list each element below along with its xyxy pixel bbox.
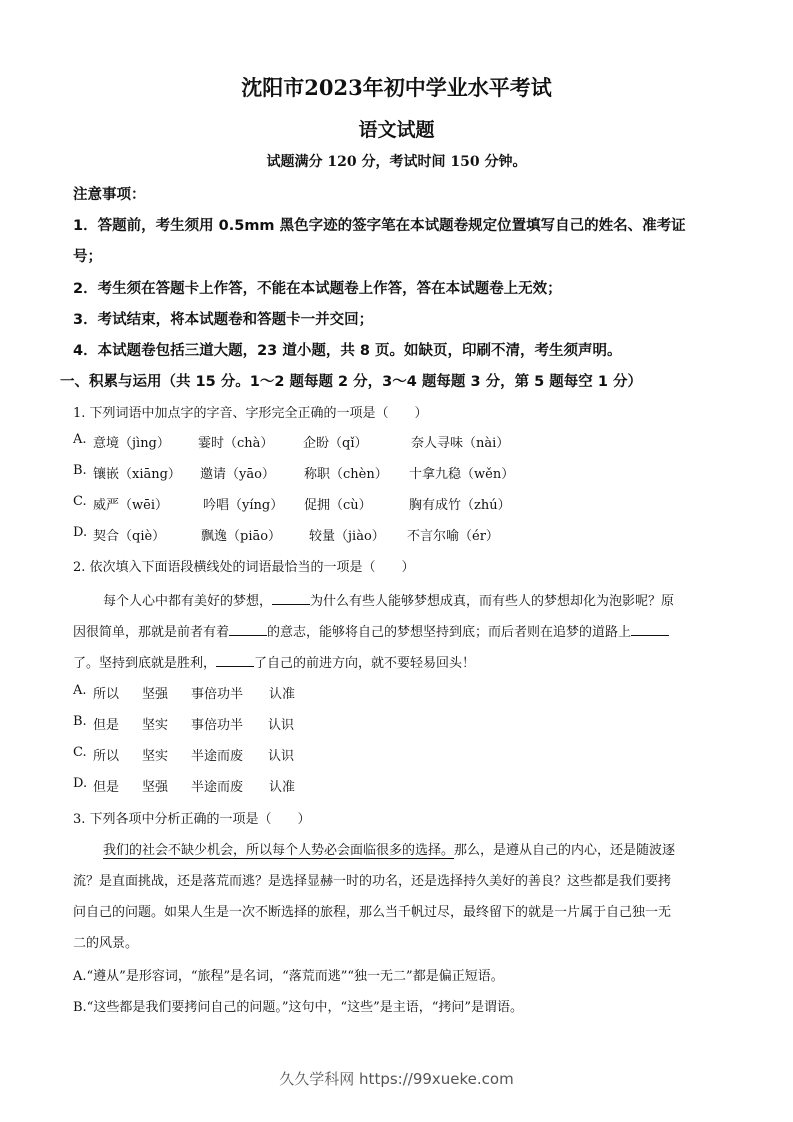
question-stem: 1. 下列词语中加点字的字音、字形完全正确的一项是（ ）	[73, 402, 428, 421]
passage-line: 因很简单，那就是前者有着的意志，能够将自己的梦想坚持到底；而后者则在追梦的道路上	[73, 621, 669, 640]
exam-subject: 语文试题	[0, 115, 793, 142]
notice-item: 3．考试结束，将本试题卷和答题卡一并交回；	[73, 308, 373, 329]
passage-line: 了。坚持到底就是胜利，了自己的前进方向，就不要轻易回头！	[73, 652, 475, 671]
section-heading: 一、积累与运用（共 15 分。1～2 题每题 2 分，3～4 题每题 3 分，第…	[60, 370, 642, 391]
passage-line: 流？是直面挑战，还是落荒而逃？是选择显赫一时的功名，还是选择持久美好的善良？这些…	[73, 870, 671, 889]
notice-item: 号；	[73, 245, 102, 266]
question-stem: 2. 依次填入下面语段横线处的词语最恰当的一项是（ ）	[73, 556, 415, 575]
passage-line: 二的风景。	[73, 932, 138, 951]
blank-3	[631, 623, 669, 636]
passage-line: 每个人心中都有美好的梦想，为什么有些人能够梦想成真，而有些人的梦想却化为泡影呢？…	[103, 590, 674, 609]
question-stem: 3. 下列各项中分析正确的一项是（ ）	[73, 808, 311, 827]
underlined-sentence: 我们的社会不缺少机会，所以每个人势必会面临很多的选择。	[103, 843, 454, 859]
q3-option-a: A.“遵从”是形容词，“旅程”是名词，“落荒而逃”“独一无二”都是偏正短语。	[73, 965, 504, 984]
notice-heading: 注意事项：	[73, 183, 146, 204]
notice-item: 2．考生须在答题卡上作答，不能在本试题卷上作答，答在本试题卷上无效；	[73, 277, 562, 298]
passage-line: 问自己的问题。如果人生是一次不断选择的旅程，那么当千帆过尽，最终留下的就是一片属…	[73, 901, 671, 920]
notice-item: 4．本试题卷包括三道大题，23 道小题，共 8 页。如缺页，印刷不清，考生须声明…	[73, 339, 622, 360]
watermark-footer: 久久学科网 https://99xueke.com	[0, 1068, 793, 1089]
q3-option-b: B.“这些都是我们要拷问自己的问题。”这句中，“这些”是主语，“拷问”是谓语。	[73, 996, 523, 1015]
blank-4	[216, 654, 254, 667]
passage-line: 我们的社会不缺少机会，所以每个人势必会面临很多的选择。那么，是遵从自己的内心，还…	[103, 839, 675, 858]
blank-1	[272, 592, 310, 605]
exam-info: 试题满分 120 分，考试时间 150 分钟。	[0, 151, 793, 171]
blank-2	[229, 623, 267, 636]
exam-title: 沈阳市2023年初中学业水平考试	[0, 72, 793, 102]
notice-item: 1．答题前，考生须用 0.5mm 黑色字迹的签字笔在本试题卷规定位置填写自己的姓…	[73, 214, 686, 235]
